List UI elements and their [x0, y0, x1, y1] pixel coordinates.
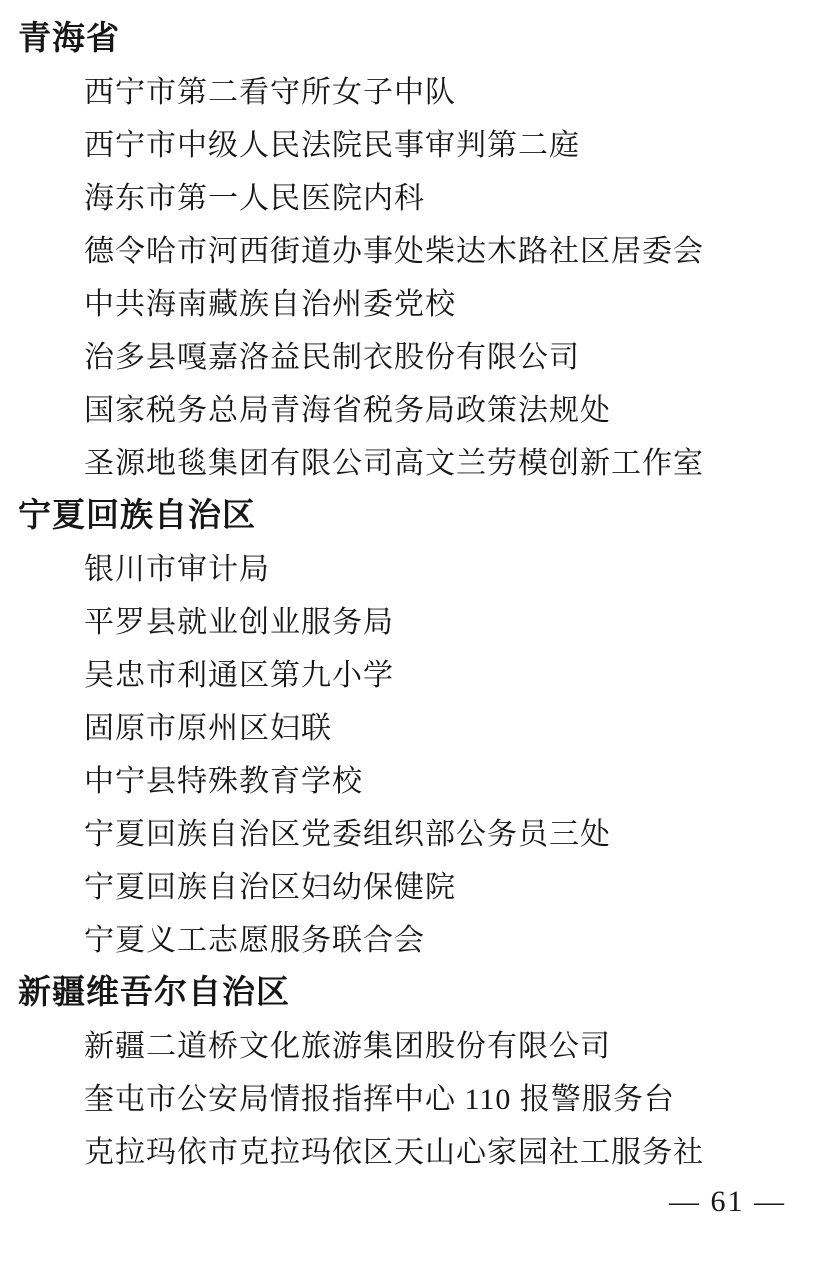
list-item: 西宁市第二看守所女子中队: [84, 67, 456, 111]
list-item: 中共海南藏族自治州委党校: [84, 279, 456, 323]
section-heading-xinjiang: 新疆维吾尔自治区: [18, 966, 290, 1013]
list-item: 克拉玛依市克拉玛依区天山心家园社工服务社: [84, 1127, 704, 1171]
list-item: 宁夏回族自治区妇幼保健院: [84, 862, 456, 906]
page-number: — 61 —: [669, 1185, 786, 1219]
document-page: 青海省 西宁市第二看守所女子中队 西宁市中级人民法院民事审判第二庭 海东市第一人…: [0, 0, 828, 1280]
list-item: 治多县嘎嘉洛益民制衣股份有限公司: [84, 332, 580, 376]
list-item: 固原市原州区妇联: [84, 703, 332, 747]
list-item: 吴忠市利通区第九小学: [84, 650, 394, 694]
list-item: 圣源地毯集团有限公司高文兰劳模创新工作室: [84, 438, 704, 482]
list-item: 德令哈市河西街道办事处柴达木路社区居委会: [84, 226, 704, 270]
list-item: 国家税务总局青海省税务局政策法规处: [84, 385, 611, 429]
list-item: 海东市第一人民医院内科: [84, 173, 425, 217]
list-item: 平罗县就业创业服务局: [84, 597, 394, 641]
list-item: 新疆二道桥文化旅游集团股份有限公司: [84, 1021, 611, 1065]
list-item: 宁夏回族自治区党委组织部公务员三处: [84, 809, 611, 853]
list-item: 中宁县特殊教育学校: [84, 756, 363, 800]
list-item: 奎屯市公安局情报指挥中心 110 报警服务台: [84, 1074, 675, 1118]
list-item: 西宁市中级人民法院民事审判第二庭: [84, 120, 580, 164]
section-heading-ningxia: 宁夏回族自治区: [18, 489, 256, 536]
section-heading-qinghai: 青海省: [18, 12, 120, 59]
list-item: 银川市审计局: [84, 544, 270, 588]
list-item: 宁夏义工志愿服务联合会: [84, 915, 425, 959]
